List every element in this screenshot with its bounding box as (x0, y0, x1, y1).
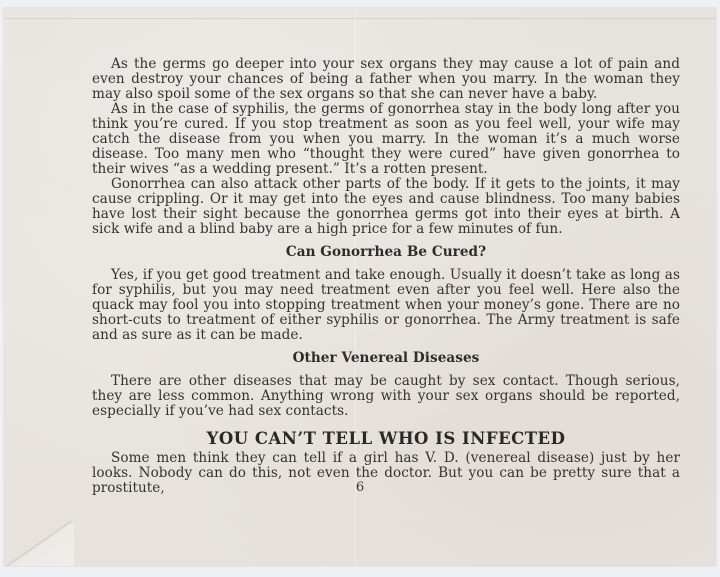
section-heading-cure: Can Gonorrhea Be Cured? (92, 244, 680, 260)
document-page: As the germs go deeper into your sex org… (4, 8, 716, 566)
paragraph: As in the case of syphilis, the germs of… (92, 102, 680, 177)
paragraph: There are other diseases that may be cau… (92, 374, 680, 419)
paragraph: Gonorrhea can also attack other parts of… (92, 177, 680, 237)
page-number: 6 (4, 480, 716, 495)
page-body: As the germs go deeper into your sex org… (92, 57, 680, 496)
paragraph: Yes, if you get good treatment and take … (92, 268, 680, 343)
paragraph: As the germs go deeper into your sex org… (92, 57, 680, 102)
section-heading-infected: YOU CAN’T TELL WHO IS INFECTED (92, 429, 680, 449)
section-heading-other-diseases: Other Venereal Diseases (92, 350, 680, 366)
